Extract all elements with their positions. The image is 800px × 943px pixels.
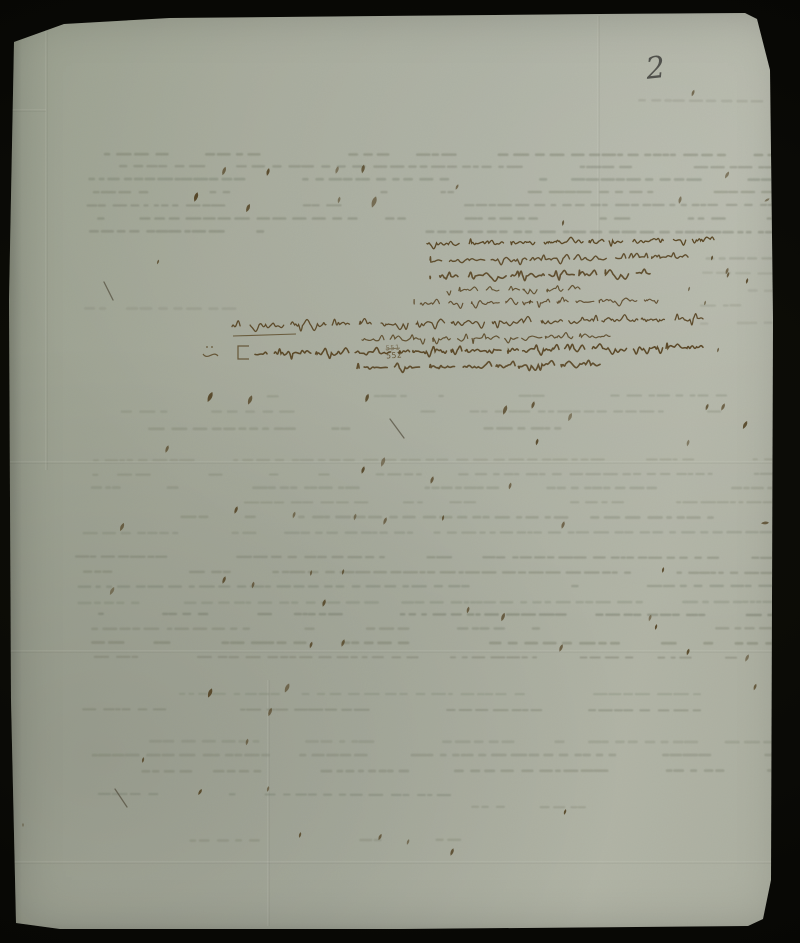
page-number-annotation: 2 <box>645 51 684 85</box>
photo-background: 2 551 552 <box>0 0 800 943</box>
inline-number-struck: 551 <box>385 344 401 352</box>
manuscript-art <box>0 0 800 943</box>
inline-number-annotation: 551 552 <box>385 344 402 360</box>
manuscript-page: 2 551 552 <box>0 0 800 943</box>
paper-grain-texture <box>0 0 800 943</box>
